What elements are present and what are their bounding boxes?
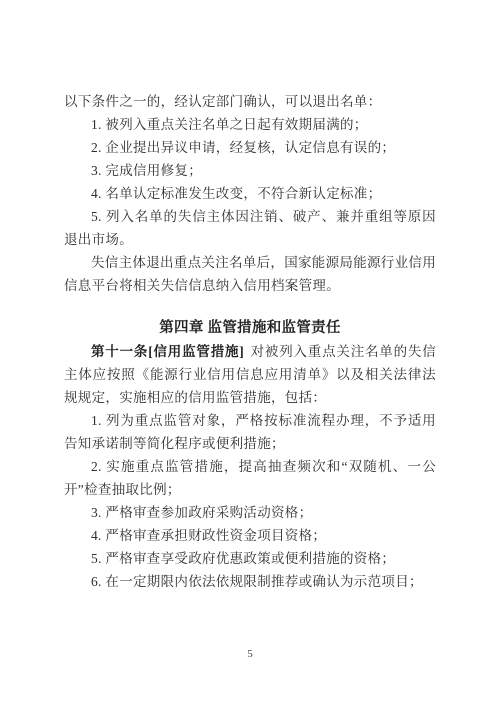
page-number: 5 [0,648,500,660]
list-item-measure-3: 3. 严格审查参加政府采购活动资格； [64,501,436,524]
list-item-exit-5: 5. 列入名单的失信主体因注销、破产、兼并重组等原因退出市场。 [64,205,436,251]
paragraph-exit-note: 失信主体退出重点关注名单后，国家能源局能源行业信用信息平台将相关失信信息纳入信用… [64,251,436,297]
list-item-measure-1: 1. 列为重点监管对象，严格按标准流程办理，不予适用告知承诺制等简化程序或便利措… [64,409,436,455]
list-item-exit-1: 1. 被列入重点关注名单之日起有效期届满的； [64,113,436,136]
list-item-measure-6: 6. 在一定期限内依法依规限制推荐或确认为示范项目； [64,570,436,593]
list-item-measure-4: 4. 严格审查承担财政性资金项目资格； [64,524,436,547]
document-page: 以下条件之一的，经认定部门确认，可以退出名单： 1. 被列入重点关注名单之日起有… [0,0,500,707]
list-item-exit-2: 2. 企业提出异议申请，经复核，认定信息有误的； [64,136,436,159]
list-item-exit-4: 4. 名单认定标准发生改变，不符合新认定标准； [64,182,436,205]
list-item-exit-3: 3. 完成信用修复； [64,159,436,182]
chapter-heading: 第四章 监管措施和监管责任 [64,317,436,340]
document-content: 以下条件之一的，经认定部门确认，可以退出名单： 1. 被列入重点关注名单之日起有… [64,90,436,593]
list-item-measure-5: 5. 严格审查享受政府优惠政策或便利措施的资格； [64,547,436,570]
paragraph-exit-conditions-intro: 以下条件之一的，经认定部门确认，可以退出名单： [64,90,436,113]
paragraph-article-11: 第十一条[信用监管措施]对被列入重点关注名单的失信主体应按照《能源行业信用信息应… [64,340,436,409]
article-11-label: 第十一条[信用监管措施] [91,344,244,359]
list-item-measure-2: 2. 实施重点监管措施，提高抽查频次和“双随机、一公开”检查抽取比例； [64,455,436,501]
